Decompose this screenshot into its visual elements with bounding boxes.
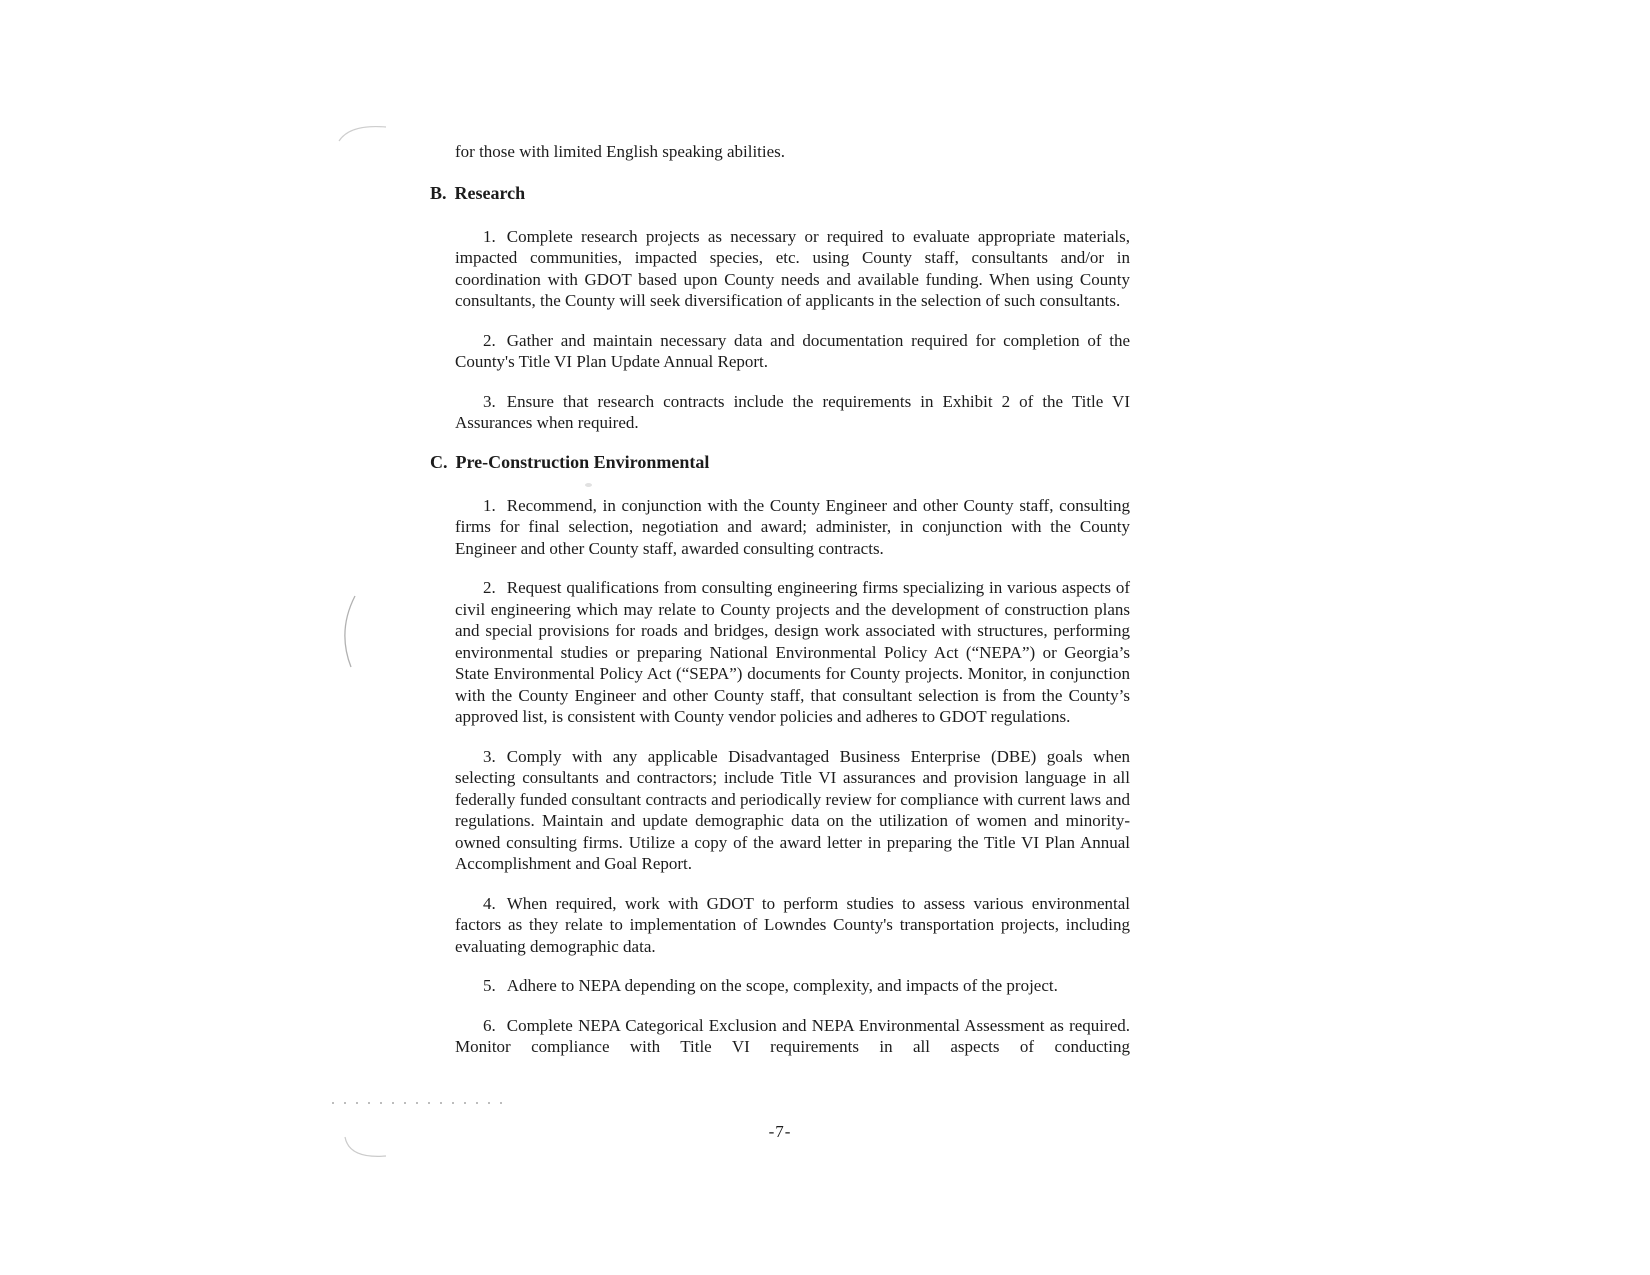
- list-item: 4.When required, work with GDOT to perfo…: [430, 893, 1130, 958]
- scan-artifact-dotted-line: [332, 1099, 504, 1107]
- section-label: B.: [430, 183, 447, 203]
- page-number: -7-: [430, 1122, 1130, 1142]
- scan-artifact-arc-top: [336, 118, 390, 144]
- list-item: 3.Ensure that research contracts include…: [430, 391, 1130, 434]
- item-text: Adhere to NEPA depending on the scope, c…: [507, 976, 1058, 995]
- scan-artifact-smudge: [585, 483, 592, 487]
- list-item: 1.Recommend, in conjunction with the Cou…: [430, 495, 1130, 560]
- list-item: 5.Adhere to NEPA depending on the scope,…: [430, 975, 1130, 997]
- paragraph-intro: for those with limited English speaking …: [430, 141, 1130, 163]
- item-text: Ensure that research contracts include t…: [455, 392, 1130, 433]
- item-text: Recommend, in conjunction with the Count…: [455, 496, 1130, 558]
- item-number: 4.: [483, 894, 496, 913]
- item-number: 2.: [483, 331, 496, 350]
- item-text: Complete NEPA Categorical Exclusion and …: [455, 1016, 1130, 1057]
- item-number: 1.: [483, 227, 496, 246]
- scan-artifact-arc-bottom: [342, 1133, 390, 1163]
- document-page: for those with limited English speaking …: [0, 0, 1650, 1275]
- section-research-heading: B.Research: [430, 183, 1130, 204]
- section-title: Research: [455, 183, 526, 203]
- item-number: 3.: [483, 392, 496, 411]
- scan-artifact-paren: [334, 593, 360, 671]
- item-text: When required, work with GDOT to perform…: [455, 894, 1130, 956]
- item-text: Request qualifications from consulting e…: [455, 578, 1130, 726]
- list-item: 3.Comply with any applicable Disadvantag…: [430, 746, 1130, 875]
- document-body: for those with limited English speaking …: [430, 141, 1130, 1076]
- item-number: 2.: [483, 578, 496, 597]
- item-number: 3.: [483, 747, 496, 766]
- item-text: Complete research projects as necessary …: [455, 227, 1130, 311]
- section-pre-construction-environmental: C.Pre-Construction Environmental 1.Recom…: [430, 452, 1130, 1058]
- section-label: C.: [430, 452, 448, 472]
- list-item: 6.Complete NEPA Categorical Exclusion an…: [430, 1015, 1130, 1058]
- section-title: Pre-Construction Environmental: [456, 452, 710, 472]
- list-item: 1.Complete research projects as necessar…: [430, 226, 1130, 312]
- section-pre-construction-heading: C.Pre-Construction Environmental: [430, 452, 1130, 473]
- item-number: 6.: [483, 1016, 496, 1035]
- section-research: B.Research 1.Complete research projects …: [430, 183, 1130, 434]
- item-text: Gather and maintain necessary data and d…: [455, 331, 1130, 372]
- item-text: Comply with any applicable Disadvantaged…: [455, 747, 1130, 874]
- item-number: 1.: [483, 496, 496, 515]
- item-number: 5.: [483, 976, 496, 995]
- list-item: 2.Gather and maintain necessary data and…: [430, 330, 1130, 373]
- list-item: 2.Request qualifications from consulting…: [430, 577, 1130, 728]
